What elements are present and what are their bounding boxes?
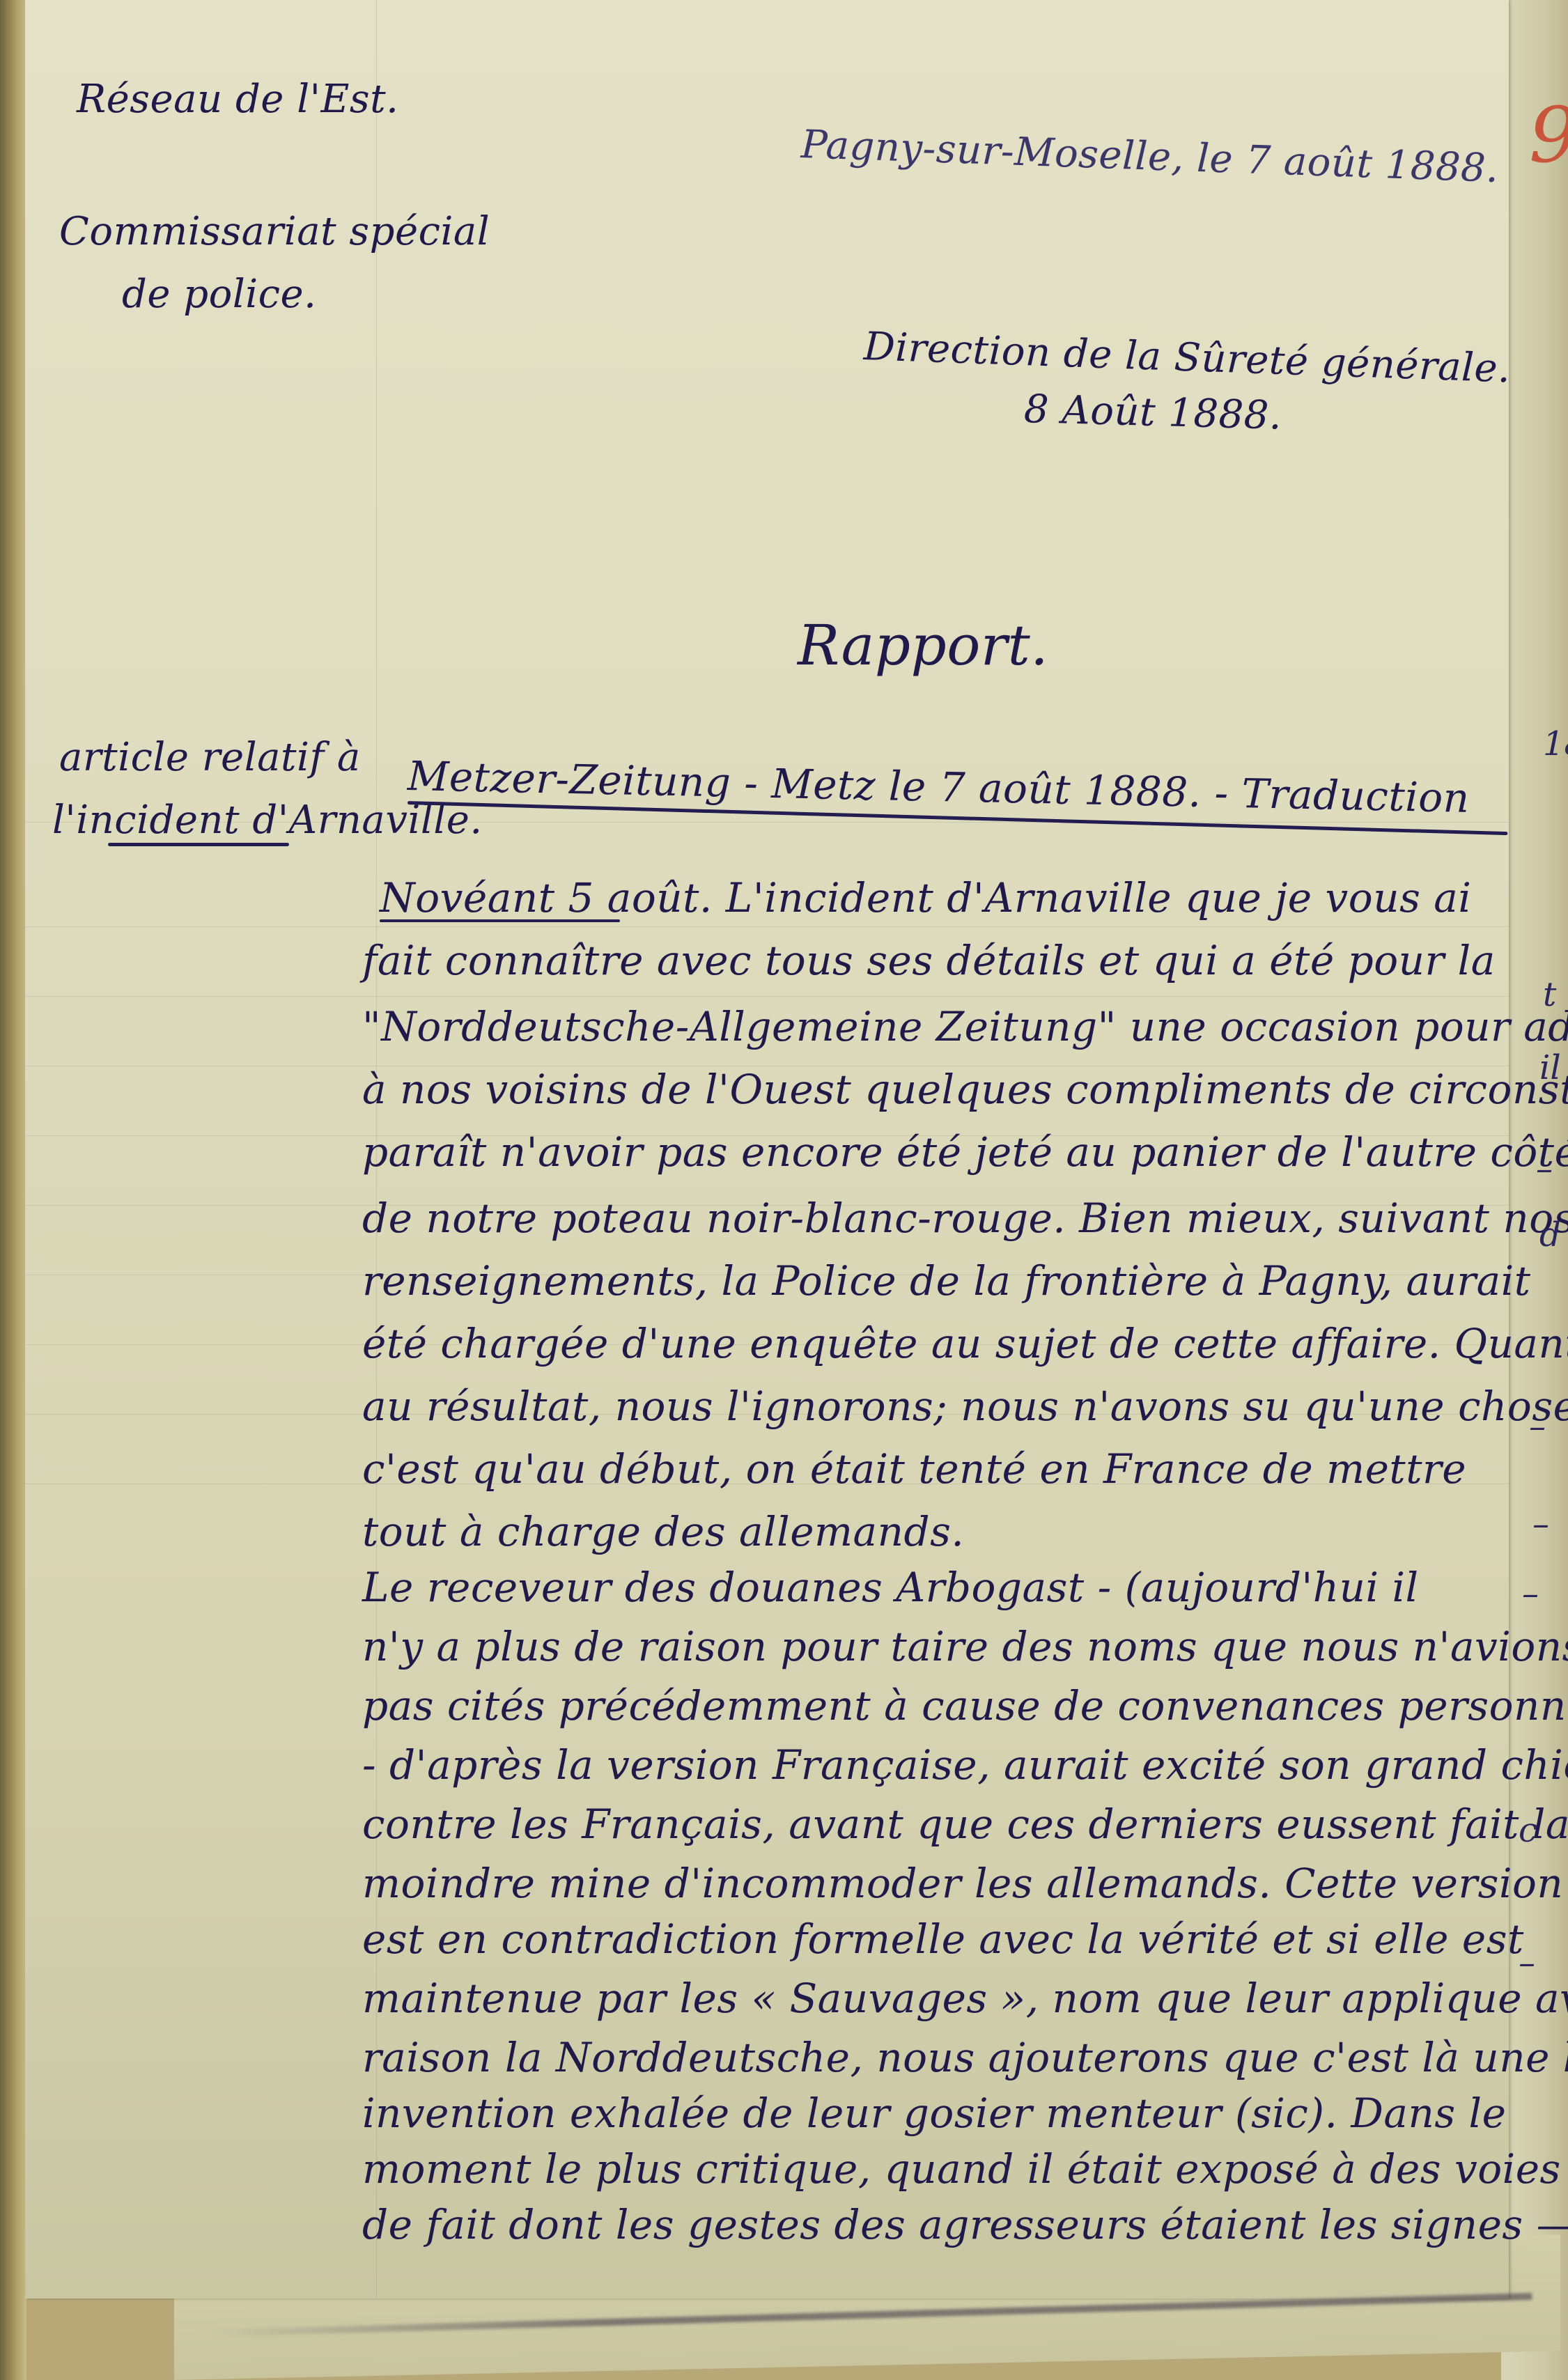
- ruled-line: [25, 926, 1509, 927]
- body-line: - d'après la version Française, aurait e…: [362, 1741, 1568, 1789]
- body-line: à nos voisins de l'Ouest quelques compli…: [362, 1066, 1568, 1113]
- margin-note-line1: article relatif à: [59, 735, 361, 780]
- body-line: c'est qu'au début, on était tenté en Fra…: [362, 1445, 1466, 1493]
- red-pencil-mark: 9: [1529, 91, 1568, 180]
- body-line: été chargée d'une enquête au sujet de ce…: [362, 1320, 1568, 1367]
- underlying-page-edge: [1501, 0, 1568, 2380]
- body-line: "Norddeutsche-Allgemeine Zeitung" une oc…: [362, 1003, 1568, 1050]
- body-line: moment le plus critique, quand il était …: [362, 2145, 1561, 2193]
- edge-mark: d: [1539, 1215, 1561, 1254]
- body-line: n'y a plus de raison pour taire des noms…: [362, 1623, 1568, 1670]
- body-line: de fait dont les gestes des agresseurs é…: [362, 2201, 1568, 2248]
- ruled-line: [25, 996, 1509, 997]
- body-line: Le receveur des douanes Arbogast - (aujo…: [362, 1564, 1419, 1611]
- edge-mark: –: [1519, 1943, 1535, 1982]
- body-line: invention exhalée de leur gosier menteur…: [362, 2090, 1506, 2137]
- edge-mark: –: [1529, 1407, 1546, 1446]
- body-line: paraît n'avoir pas encore été jeté au pa…: [362, 1128, 1568, 1176]
- body-line: pas cités précédemment à cause de conven…: [362, 1682, 1568, 1729]
- body-line: contre les Français, avant que ces derni…: [362, 1800, 1568, 1848]
- header-network: Réseau de l'Est.: [77, 77, 398, 122]
- body-line: raison la Norddeutsche, nous ajouterons …: [362, 2034, 1568, 2081]
- dateline-underline: [380, 919, 620, 922]
- header-commissariat: Commissariat spécial: [59, 209, 490, 254]
- received-date: 8 Août 1888.: [1023, 387, 1282, 439]
- edge-mark: c: [1519, 1811, 1537, 1850]
- binder-edge: [0, 0, 26, 2380]
- edge-mark: 18: [1543, 724, 1568, 763]
- body-line: renseignements, la Police de la frontièr…: [362, 1257, 1531, 1305]
- body-line: fait connaître avec tous ses détails et …: [362, 937, 1496, 984]
- body-line: Novéant 5 août. L'incident d'Arnaville q…: [380, 874, 1471, 921]
- body-line: de notre poteau noir-blanc-rouge. Bien m…: [362, 1195, 1568, 1242]
- body-line: est en contradiction formelle avec la vé…: [362, 1915, 1524, 1963]
- margin-note-underline: [108, 843, 289, 846]
- body-line: tout à charge des allemands.: [362, 1508, 964, 1555]
- edge-mark: il: [1539, 1048, 1561, 1087]
- edge-mark: –: [1532, 1504, 1549, 1543]
- body-line: moindre mine d'incommoder les allemands.…: [362, 1860, 1563, 1907]
- edge-mark: t: [1543, 975, 1556, 1014]
- body-line: maintenue par les « Sauvages », nom que …: [362, 1975, 1568, 2022]
- body-line: au résultat, nous l'ignorons; nous n'avo…: [362, 1383, 1568, 1430]
- edge-mark: –: [1522, 1574, 1539, 1613]
- header-police: de police.: [122, 272, 316, 317]
- report-title: Rapport.: [798, 613, 1048, 678]
- edge-mark: –: [1536, 1149, 1553, 1188]
